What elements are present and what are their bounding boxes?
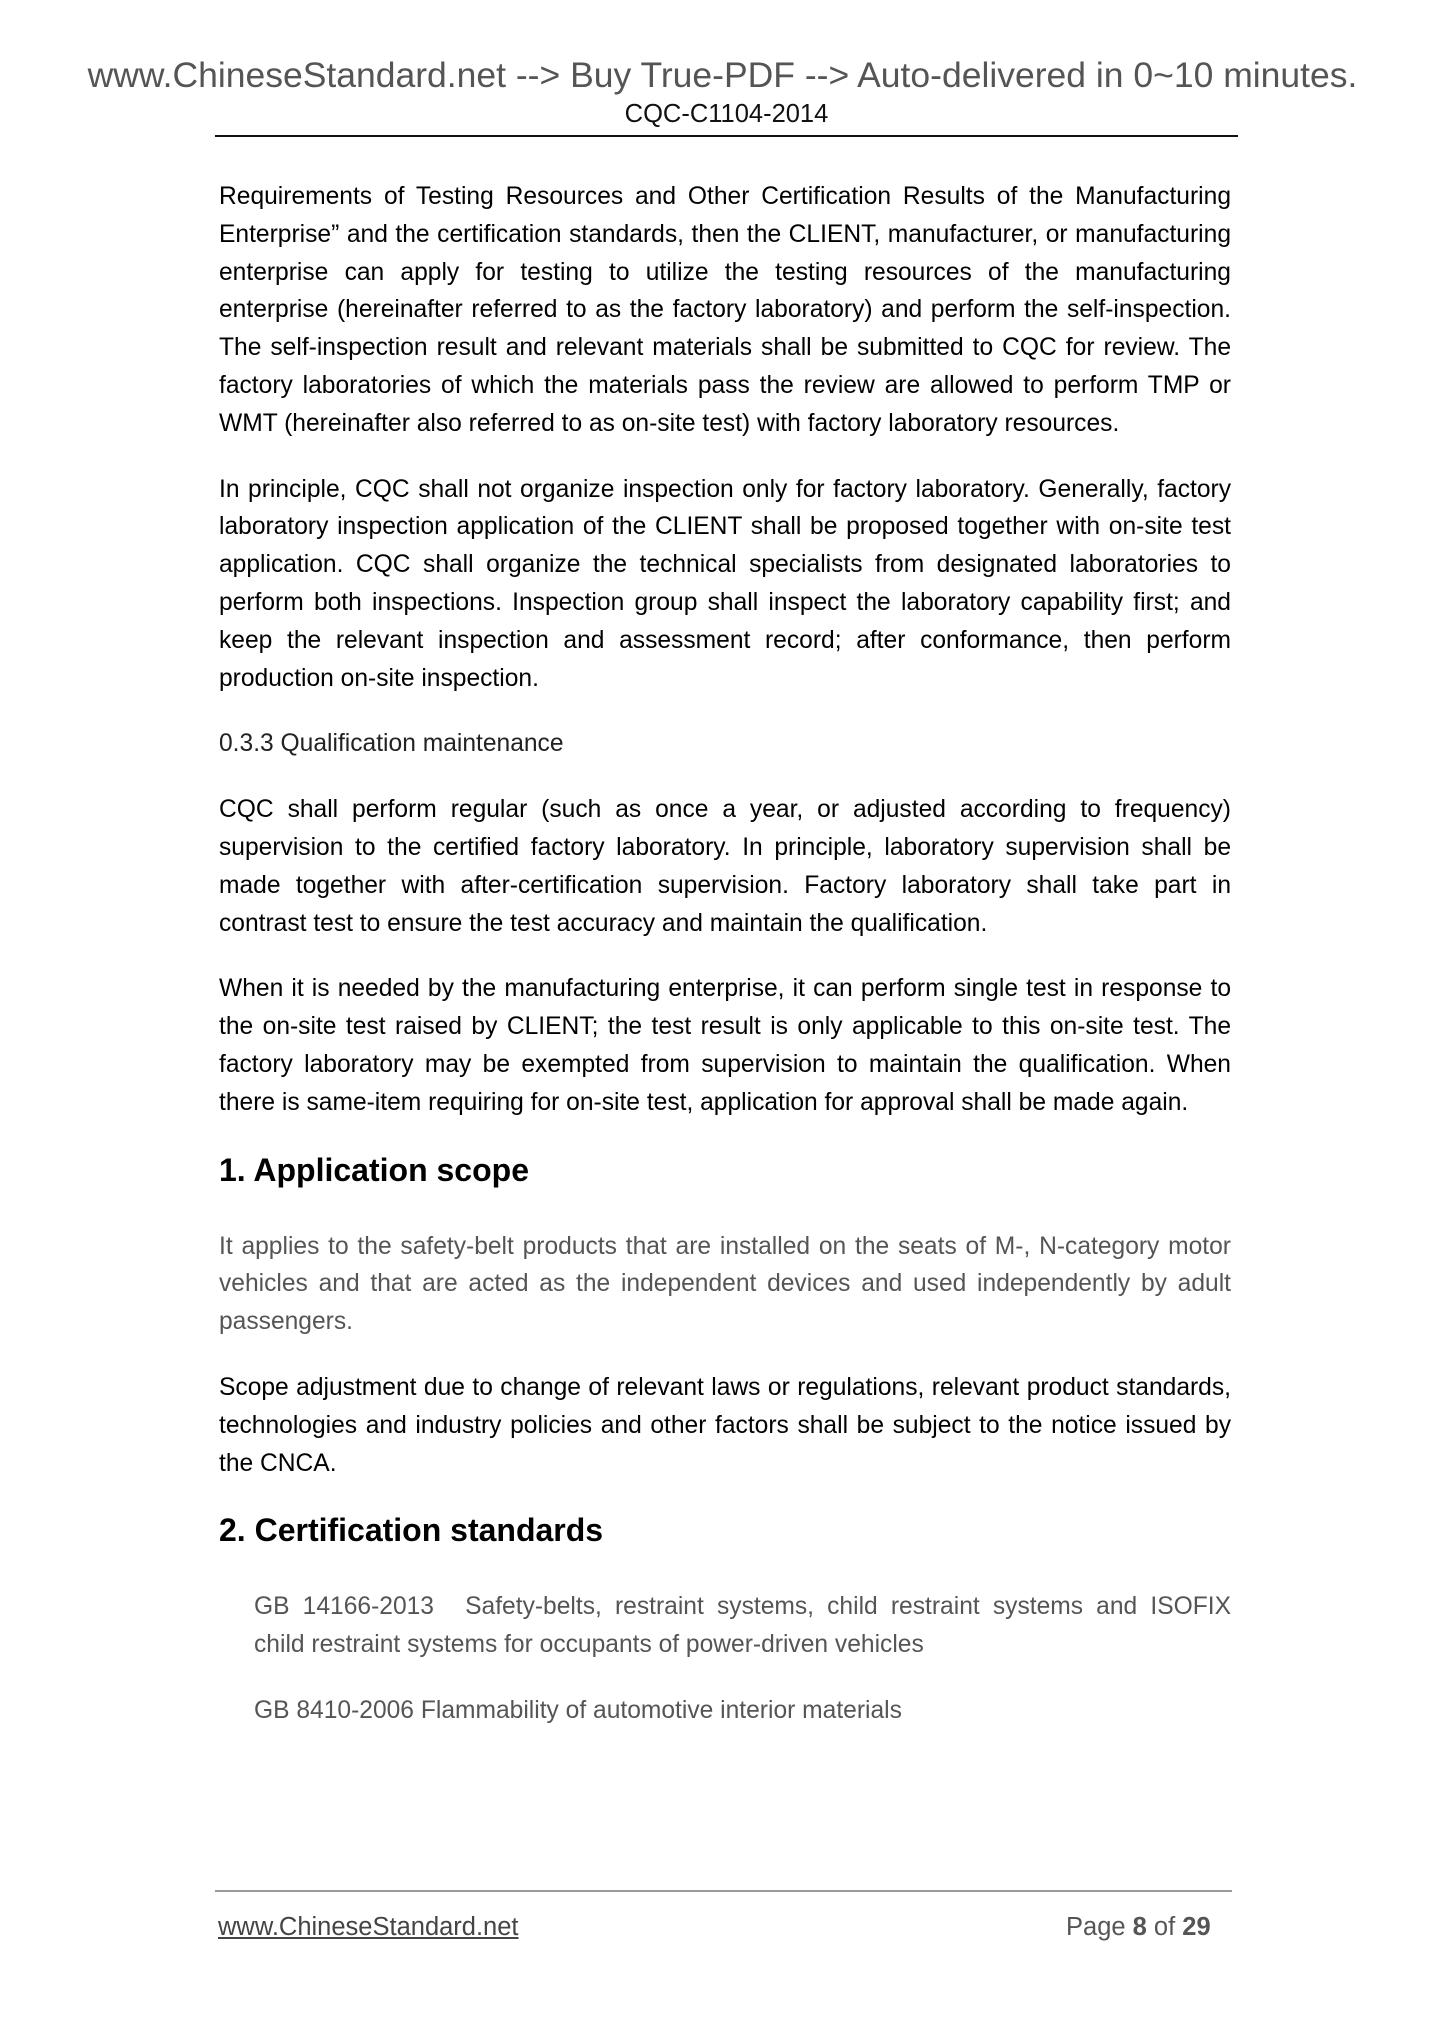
paragraph-regular-supervision: CQC shall perform regular (such as once … [219,791,1231,942]
paragraph-testing-resources: Requirements of Testing Resources and Ot… [219,178,1231,443]
paragraph-inspection-principle: In principle, CQC shall not organize ins… [219,471,1231,698]
page-number: Page 8 of 29 [1066,1912,1211,1942]
standard-item: GB 14166-2013 Safety-belts, restraint sy… [254,1588,1231,1664]
footer-website-link[interactable]: www.ChineseStandard.net [218,1912,519,1942]
header-divider [215,135,1238,137]
section-heading-certification-standards: 2. Certification standards [219,1510,1231,1550]
page-separator: of [1147,1913,1182,1941]
page-prefix: Page [1066,1913,1133,1941]
page-total: 29 [1182,1913,1210,1941]
paragraph-scope-applies: It applies to the safety-belt products t… [219,1228,1231,1341]
section-heading-application-scope: 1. Application scope [219,1150,1231,1190]
standard-item: GB 8410-2006 Flammability of automotive … [254,1692,1231,1730]
standard-code: GB 8410-2006 [254,1697,414,1724]
header-banner: www.ChineseStandard.net --> Buy True-PDF… [0,54,1445,96]
document-code: CQC-C1104-2014 [215,99,1238,129]
page-current: 8 [1133,1913,1147,1941]
standard-title: Flammability of automotive interior mate… [421,1697,902,1724]
subheading-qualification-maintenance: 0.3.3 Qualification maintenance [219,725,1231,763]
footer-divider [215,1890,1232,1892]
page-content: Requirements of Testing Resources and Ot… [219,178,1231,1758]
standard-code: GB 14166-2013 [254,1593,434,1620]
paragraph-single-test: When it is needed by the manufacturing e… [219,970,1231,1121]
paragraph-scope-adjustment: Scope adjustment due to change of releva… [219,1369,1231,1482]
